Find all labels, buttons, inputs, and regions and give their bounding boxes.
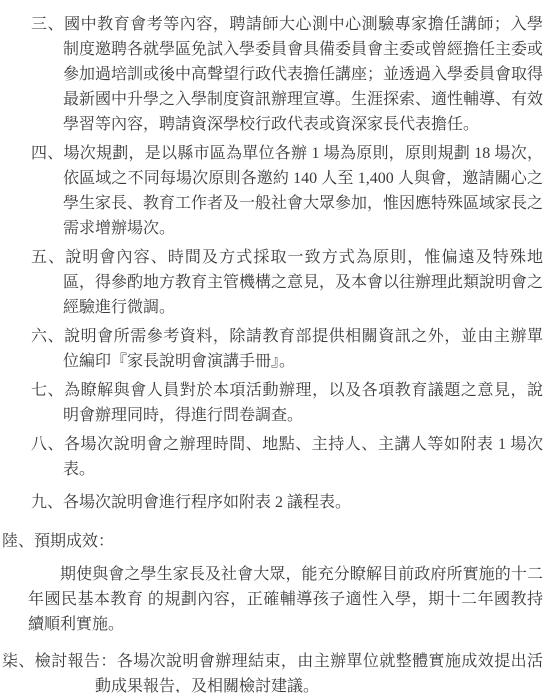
numbered-item-9: 九、各場次說明會進行程序如附表 2 議程表。 — [2, 490, 543, 515]
item-label: 四、 — [31, 145, 64, 162]
item-text: 場次規劃，是以縣市區為單位各辦 1 場為原則，原則規劃 18 場次，依區域之不同… — [63, 145, 543, 237]
section-text: 各場次說明會辦理結束，由主辦單位就整體實施成效提出活動成果報告，及相關檢討建議。 — [95, 653, 543, 693]
item-label: 三、 — [31, 16, 64, 33]
numbered-item-4: 四、場次規劃，是以縣市區為單位各辦 1 場為原則，原則規劃 18 場次，依區域之… — [2, 141, 543, 241]
item-text: 國中教育會考等內容，聘請師大心測中心測驗專家擔任講師；入學制度邀聘各就學區免試入… — [63, 16, 543, 133]
numbered-item-6: 六、說明會所需參考資料，除請教育部提供相關資訊之外，並由主辦單位編印『家長說明會… — [2, 324, 543, 374]
section-review-report: 柒、檢討報告：各場次說明會辦理結束，由主辦單位就整體實施成效提出活動成果報告，及… — [2, 649, 543, 693]
item-text: 為瞭解與會人員對於本項活動辦理，以及各項教育議題之意見，說明會辦理同時，得進行問… — [63, 382, 543, 424]
item-text: 各場次說明會進行程序如附表 2 議程表。 — [63, 494, 351, 511]
item-text: 各場次說明會之辦理時間、地點、主持人、主講人等如附表 1 場次表。 — [63, 436, 543, 478]
expected-results-paragraph: 期使與會之學生家長及社會大眾，能充分瞭解目前政府所實施的十二年國民基本教育 的規… — [2, 562, 543, 637]
document-page: 三、國中教育會考等內容，聘請師大心測中心測驗專家擔任講師；入學制度邀聘各就學區免… — [0, 0, 557, 693]
numbered-item-5: 五、說明會內容、時間及方式採取一致方式為原則，惟偏遠及特殊地區，得參酌地方教育主… — [2, 245, 543, 320]
section-label: 柒、檢討報告： — [2, 653, 117, 670]
numbered-item-3: 三、國中教育會考等內容，聘請師大心測中心測驗專家擔任講師；入學制度邀聘各就學區免… — [2, 12, 543, 137]
item-text: 說明會所需參考資料，除請教育部提供相關資訊之外，並由主辦單位編印『家長說明會演講… — [63, 328, 543, 370]
item-label: 六、 — [31, 328, 64, 345]
numbered-item-7: 七、為瞭解與會人員對於本項活動辦理，以及各項教育議題之意見，說明會辦理同時，得進… — [2, 378, 543, 428]
item-label: 八、 — [31, 436, 64, 453]
item-label: 七、 — [31, 382, 64, 399]
item-text: 說明會內容、時間及方式採取一致方式為原則，惟偏遠及特殊地區，得參酌地方教育主管機… — [63, 249, 543, 316]
section-heading-expected-results: 陸、預期成效： — [2, 529, 543, 554]
item-label: 九、 — [31, 494, 63, 511]
numbered-item-8: 八、各場次說明會之辦理時間、地點、主持人、主講人等如附表 1 場次表。 — [2, 432, 543, 482]
item-label: 五、 — [31, 249, 65, 266]
